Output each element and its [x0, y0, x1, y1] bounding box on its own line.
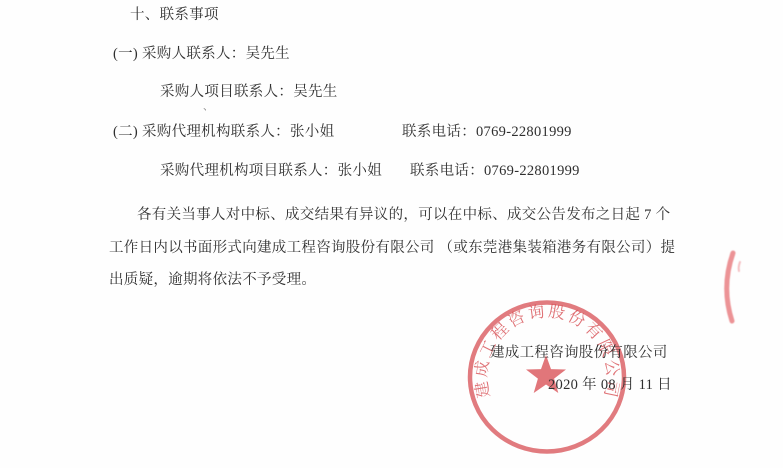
purchaser-project-contact-line: 采购人项目联系人：吴先生 — [160, 84, 338, 101]
agency-project-contact-line: 采购代理机构项目联系人：张小姐 — [160, 163, 382, 180]
objection-paragraph-line-2: 工作日内以书面形式向建成工程咨询股份有限公司 （或东莞港集装箱港务有限公司）提 — [109, 240, 675, 257]
agency-project-contact-phone: 联系电话：0769-22801999 — [410, 163, 580, 180]
stray-scan-mark: 、 — [203, 98, 213, 113]
agency-contact-phone: 联系电话：0769-22801999 — [402, 124, 572, 141]
seal-ghost-arc-mark — [715, 245, 755, 330]
objection-paragraph-line-3: 出质疑，逾期将依法不予受理。 — [109, 272, 316, 289]
signature-company-name: 建成工程咨询股份有限公司 — [490, 345, 668, 362]
section-heading: 十、联系事项 — [130, 7, 219, 24]
objection-paragraph-line-1: 各有关当事人对中标、成交结果有异议的，可以在中标、成交公告发布之日起 7 个 — [137, 207, 670, 224]
purchaser-contact-line: (一) 采购人联系人：吴先生 — [113, 46, 290, 63]
signature-date: 2020 年 08 月 11 日 — [548, 377, 672, 394]
agency-contact-line: (二) 采购代理机构联系人：张小姐 — [113, 124, 334, 141]
document-page: 十、联系事项 (一) 采购人联系人：吴先生 采购人项目联系人：吴先生 、 (二)… — [0, 0, 783, 468]
